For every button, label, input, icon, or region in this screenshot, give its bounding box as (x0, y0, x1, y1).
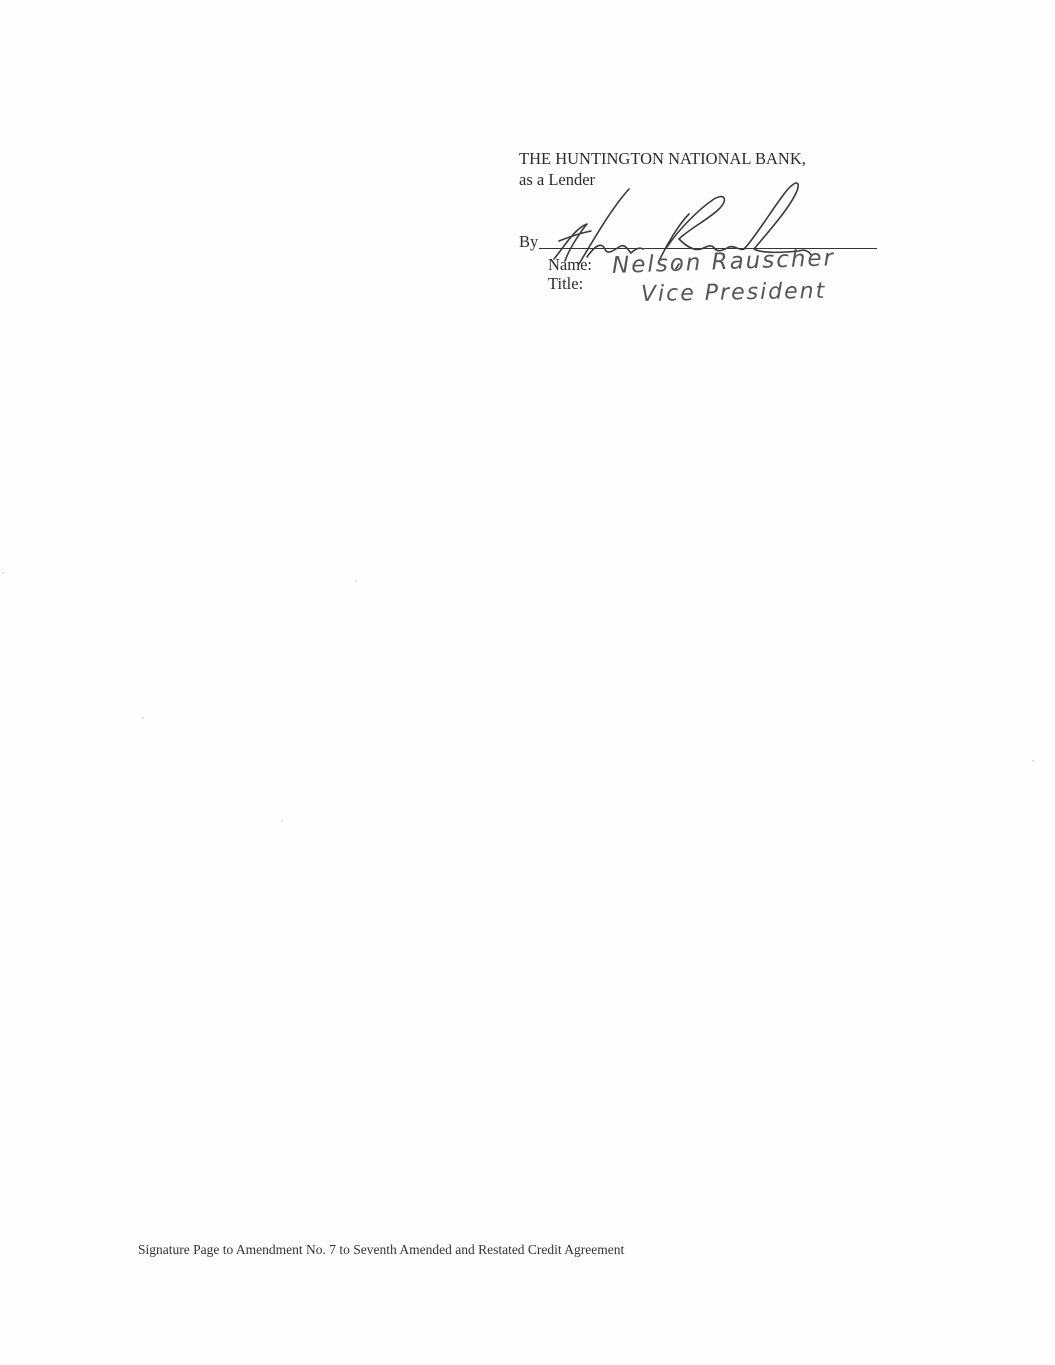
scan-speck (2, 572, 4, 574)
scan-speck (1032, 760, 1034, 762)
scan-speck (355, 580, 357, 582)
footer-caption: Signature Page to Amendment No. 7 to Sev… (138, 1242, 624, 1258)
by-label: By (519, 232, 538, 252)
signer-title: Vice President (641, 279, 827, 307)
signature-block: THE HUNTINGTON NATIONAL BANK, as a Lende… (519, 149, 899, 329)
document-page: THE HUNTINGTON NATIONAL BANK, as a Lende… (0, 0, 1055, 1365)
scan-speck (281, 820, 283, 822)
scan-speck (142, 717, 144, 719)
lender-name: THE HUNTINGTON NATIONAL BANK, (519, 149, 806, 169)
name-label: Name: (548, 255, 592, 275)
title-label: Title: (548, 274, 583, 294)
